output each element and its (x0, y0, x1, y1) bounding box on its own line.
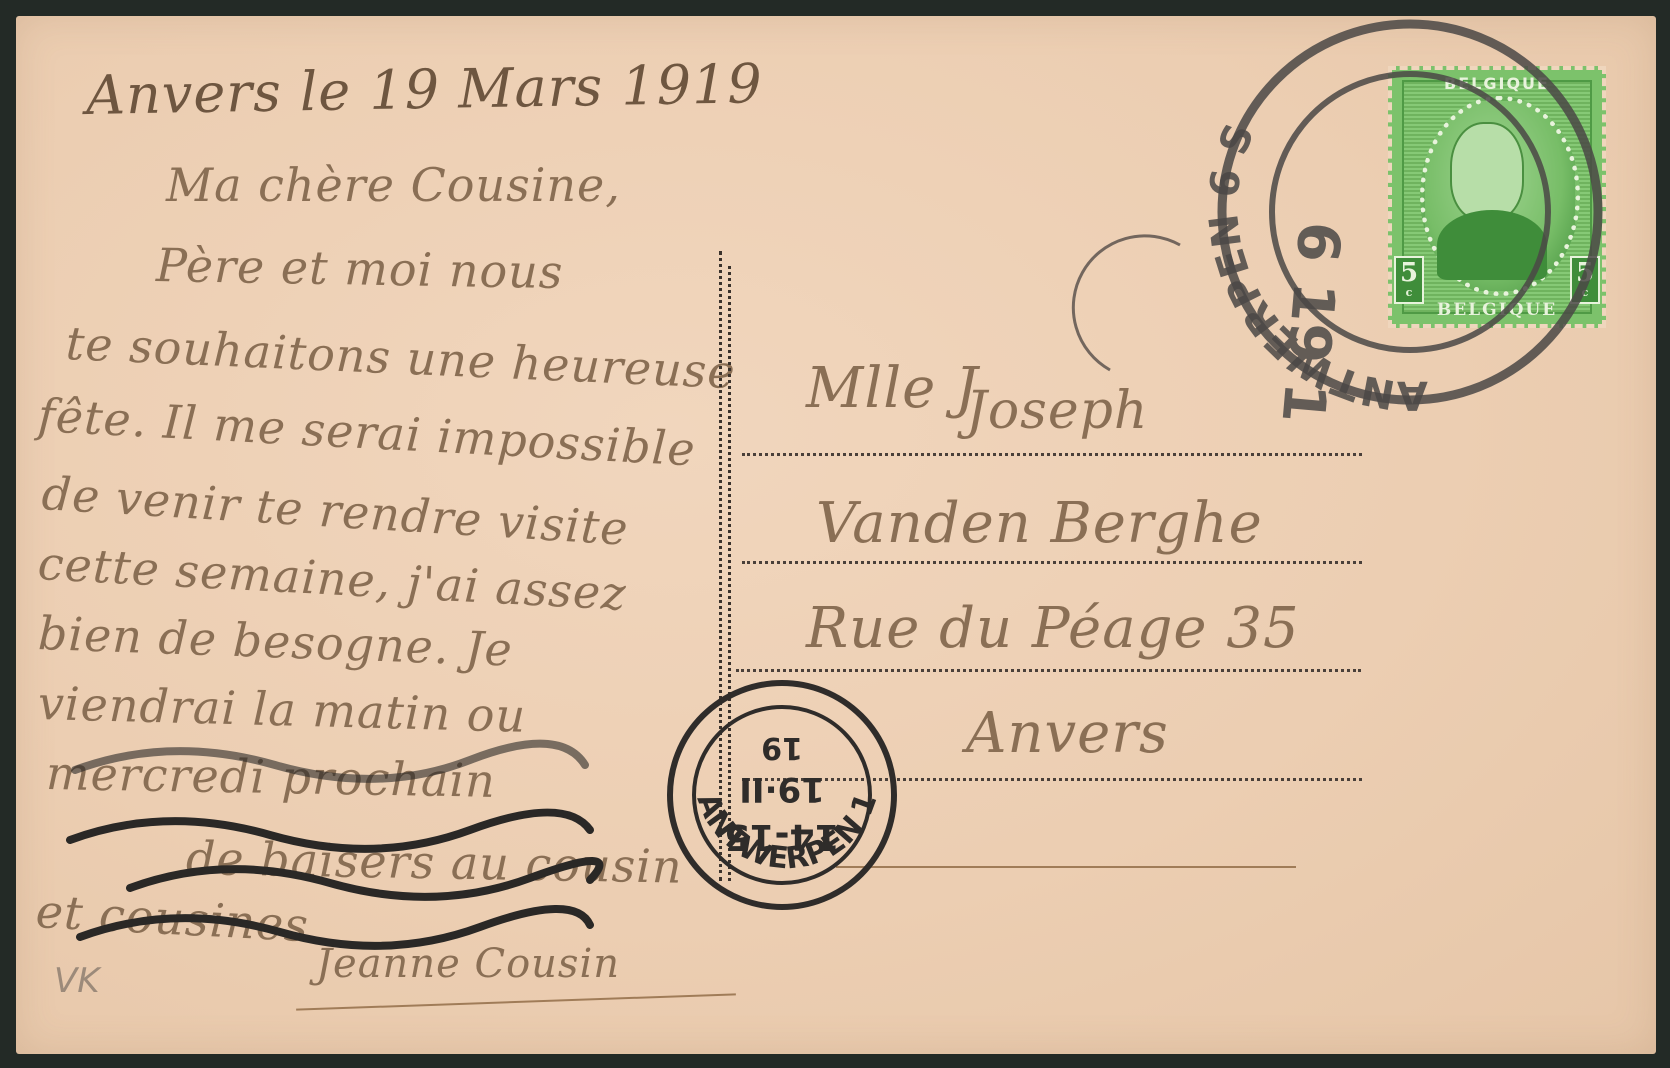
wavy-cancellation (70, 744, 599, 946)
lower-postmark-date: 19·II (739, 769, 825, 809)
lower-postmark-year: 19 (761, 730, 803, 765)
faint-postmark (1073, 236, 1180, 370)
postmark-overlay: ANTWERPEN 6 S 6 19 1 14-15 19·II 19 ANTW… (0, 0, 1670, 1068)
